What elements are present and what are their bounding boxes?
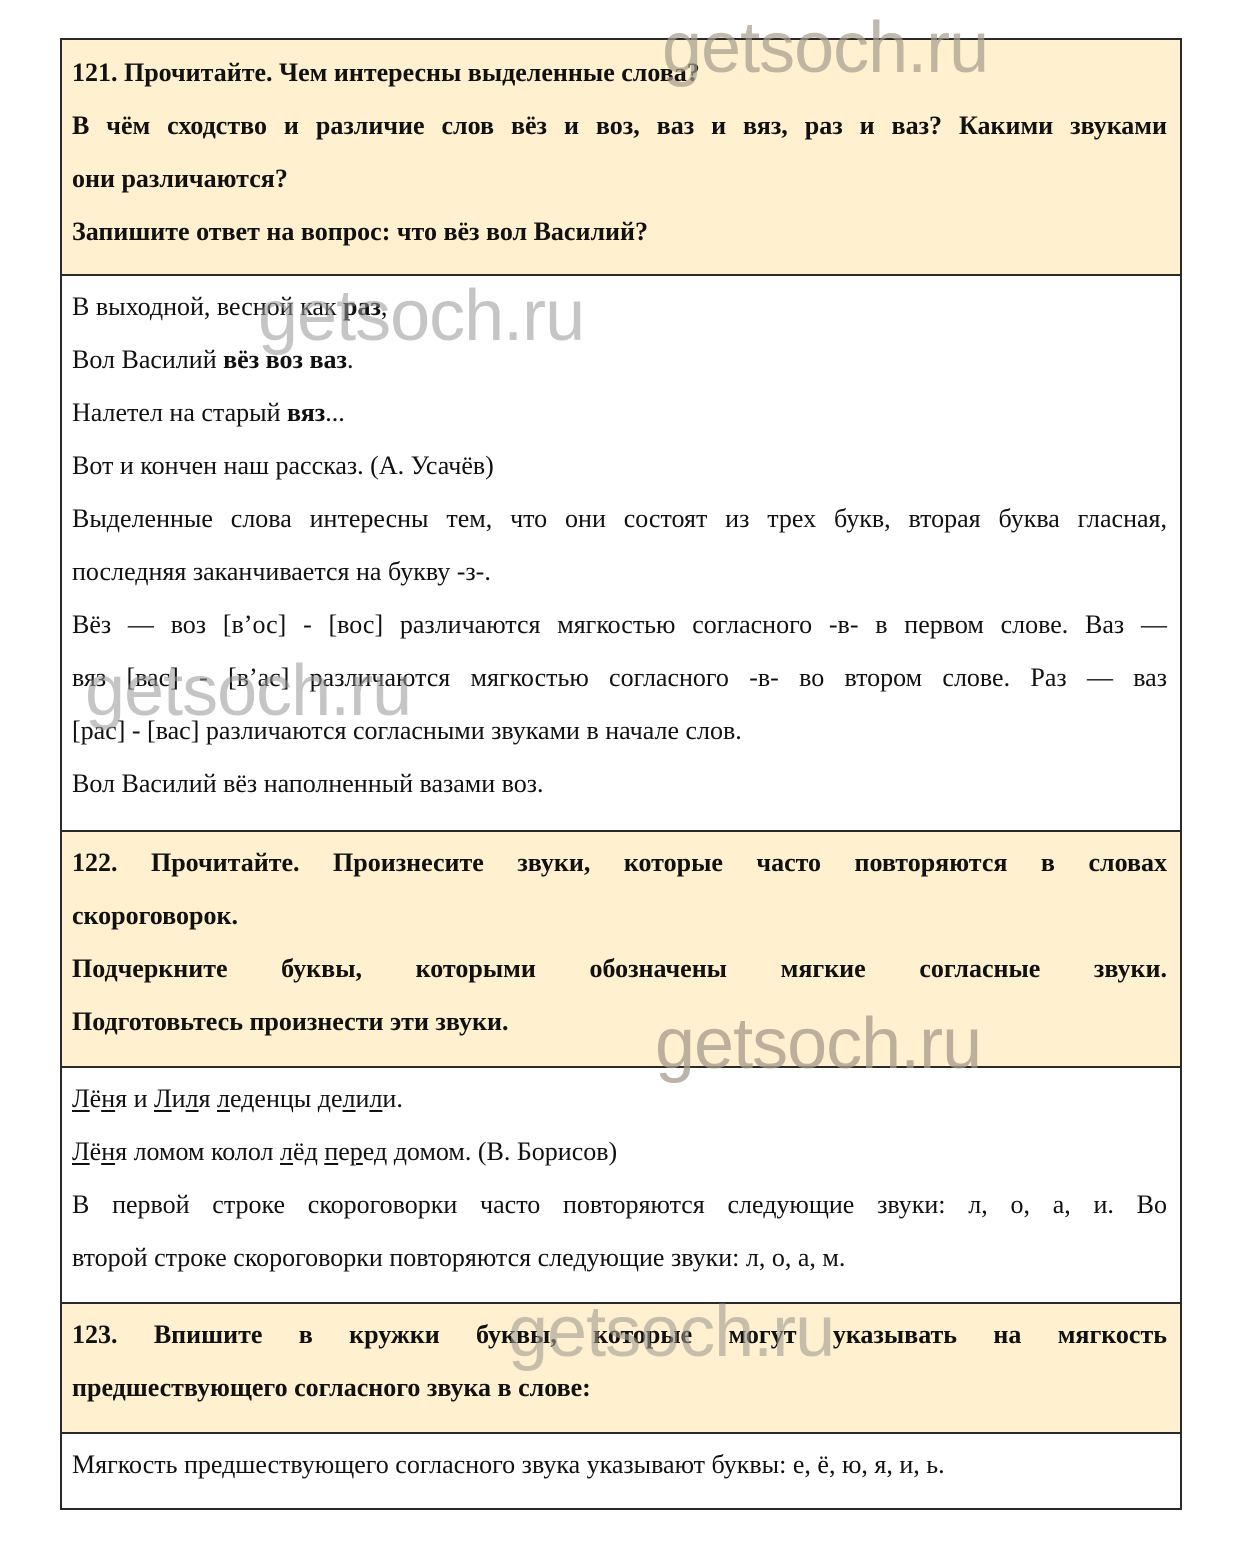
task-121-prompt: 121. Прочитайте. Чем интересны выделенны… [62,40,1180,276]
task-title: предшествующего согласного звука в слове… [72,1361,1167,1414]
task-title: 122. Прочитайте. Произнесите звуки, кото… [72,836,1167,889]
answer-text: вяз [вас] - [в’ас] различаются мягкостью… [72,651,1167,704]
underlined-letter: л [343,1084,356,1113]
text-segment: е [331,1084,343,1113]
underlined-letter: п [324,1137,338,1166]
answer-text: Мягкость предшествующего согласного звук… [72,1438,1167,1491]
underlined-letter: л [280,1137,293,1166]
answer-text: [рас] - [вас] различаются согласными зву… [72,704,1167,757]
poem-line: Налетел на старый вяз... [72,386,1167,439]
text-segment: и [172,1084,186,1113]
text-segment: е [338,1137,350,1166]
poem-line: В выходной, весной как раз, [72,280,1167,333]
underlined-letter: н [101,1137,115,1166]
tongue-twister-line: Лёня ломом колол лёд перед домом. (В. Бо… [72,1125,1167,1178]
answer-text: второй строке скороговорки повторяются с… [72,1231,1167,1284]
task-instruction: Подготовьтесь произнести эти звуки. [72,995,1167,1048]
underlined-letter: н [101,1084,115,1113]
text-segment: ед домом. (В. Борисов) [363,1137,617,1166]
task-instruction: Запишите ответ на вопрос: что вёз вол Ва… [72,205,1167,258]
underlined-letter: д [318,1084,331,1113]
underlined-letter: л [217,1084,230,1113]
underlined-letter: Л [72,1084,90,1113]
task-121-answer: В выходной, весной как раз, Вол Василий … [62,276,1180,832]
task-title: 123. Впишите в кружки буквы, которые мог… [72,1308,1167,1361]
task-question: В чём сходство и различие слов вёз и воз… [72,99,1167,152]
poem-line: Вол Василий вёз воз ваз. [72,333,1167,386]
text-segment: ёд [293,1137,324,1166]
text-segment: и [356,1084,370,1113]
text-segment: я [199,1084,217,1113]
answer-text: Вол Василий вёз наполненный вазами воз. [72,757,1167,810]
text-segment: еденцы [230,1084,318,1113]
task-123-answer: Мягкость предшествующего согласного звук… [62,1434,1180,1508]
task-122-answer: Лёня и Лиля леденцы делили. Лёня ломом к… [62,1068,1180,1304]
underlined-letter: Л [154,1084,172,1113]
underlined-letter: л [369,1084,382,1113]
text-segment: ё [90,1084,102,1113]
task-title: скороговорок. [72,889,1167,942]
text-segment: я ломом колол [115,1137,280,1166]
underlined-letter: Л [72,1137,90,1166]
poem-line: Вот и кончен наш рассказ. (А. Усачёв) [72,439,1167,492]
tongue-twister-line: Лёня и Лиля леденцы делили. [72,1072,1167,1125]
task-title: 121. Прочитайте. Чем интересны выделенны… [72,46,1167,99]
underlined-letter: л [186,1084,199,1113]
answer-text: последняя заканчивается на букву -з-. [72,545,1167,598]
answer-text: Выделенные слова интересны тем, что они … [72,492,1167,545]
text-segment: я и [115,1084,154,1113]
text-segment: и. [382,1084,402,1113]
task-123-prompt: 123. Впишите в кружки буквы, которые мог… [62,1304,1180,1434]
answer-text: Вёз — воз [в’ос] - [вос] различаются мяг… [72,598,1167,651]
task-122-prompt: 122. Прочитайте. Произнесите звуки, кото… [62,832,1180,1068]
answer-text: В первой строке скороговорки часто повто… [72,1178,1167,1231]
underlined-letter: р [350,1137,363,1166]
task-question: они различаются? [72,152,1167,205]
task-instruction: Подчеркните буквы, которыми обозначены м… [72,942,1167,995]
homework-table: 121. Прочитайте. Чем интересны выделенны… [60,38,1182,1510]
text-segment: ё [90,1137,102,1166]
